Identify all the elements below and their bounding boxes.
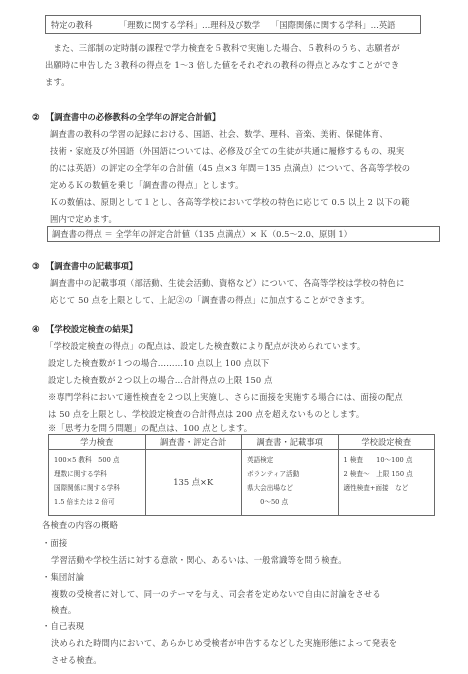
formula-box: 調査書の得点 ＝ 全学年の評定合計値（135 点満点）× Ｋ（0.5～2.0、原…	[47, 226, 440, 242]
section-4-line: 設定した検査数が１つの場合………10 点以上 100 点以下	[48, 359, 269, 367]
specific-subjects-label: 特定の教科	[51, 21, 93, 29]
table-header-row: 学力検査 調査書・評定合計 調査書・記載事項 学校設定検査	[49, 435, 435, 450]
score-allocation-table: 学力検査 調査書・評定合計 調査書・記載事項 学校設定検査 100×5 教科 5…	[48, 434, 435, 516]
formula-text: 調査書の得点 ＝ 全学年の評定合計値（135 点満点）× Ｋ（0.5～2.0、原…	[52, 230, 352, 238]
section-3-line: 応じて 50 点を上限として、上記②の「調査書の得点」に加点することができます。	[50, 296, 370, 304]
cell-line: 1 検査 10～100 点	[344, 453, 435, 467]
section-4-line: 「学校設定検査の得点」の配点は、設定した検査数により配点が決められています。	[45, 342, 365, 350]
header-report-grades: 調査書・評定合計	[145, 435, 242, 450]
section-4-line: 設定した検査数が２つ以上の場合…合計得点の上限 150 点	[48, 376, 273, 384]
cell-line: 1.5 倍または 2 倍可	[54, 495, 145, 509]
section-2-line: 技術・家庭及び外国語（外国語については、必修及び全ての生徒が共通に履修するもの、…	[50, 147, 404, 155]
overview-item-name: ・面接	[42, 539, 67, 547]
cell-line: 適性検査+面接 など	[344, 481, 435, 495]
specific-subjects-international: 「国際関係に関する学科」…英語	[271, 21, 395, 29]
section-2-line: Ｋの数値は、原則として１とし、各高等学校において学校の特色に応じて 0.5 以上…	[50, 198, 410, 206]
table-row: 100×5 教科 500 点 理数に関する学科 国際関係に関する学科 1.5 倍…	[49, 450, 435, 516]
section-2-line: 定めるＫの数値を乗じ「調査書の得点」とします。	[50, 181, 244, 189]
section-4-line: は 50 点を上限とし、学校設定検査の合計得点は 200 点を超えないものとしま…	[48, 410, 364, 418]
cell-line: 県大会出場など	[247, 481, 338, 495]
overview-item-desc: 学習活動や学校生活に対する意欲・関心、あるいは、一般常識等を問う検査。	[51, 556, 347, 564]
overview-item-name: ・集団討論	[42, 573, 84, 581]
intro-line: また、三部制の定時制の課程で学力検査を５教科で実施した場合、５教科のうち、志願者…	[45, 44, 400, 52]
section-3-line: 調査書中の記載事項（部活動、生徒会活動、資格など）について、各高等学校は学校の特…	[50, 279, 404, 287]
section-3-heading: 【調査書中の記載事項】	[46, 262, 137, 270]
section-2-line: 的には英語）の評定の全学年の合計値（45 点×3 年間＝135 点満点）について…	[50, 164, 410, 172]
intro-line: 出願時に申告した３教科の得点を 1～3 倍した値をそれぞれの教科の得点とみなすこ…	[45, 61, 399, 69]
overview-title: 各検査の内容の概略	[42, 521, 118, 529]
section-2-line: 調査書の教科の学習の記録における、国語、社会、数学、理科、音楽、美術、保健体育、	[50, 130, 388, 138]
cell-line: ボランティア活動	[247, 467, 338, 481]
section-2-heading: 【調査書中の必修教科の全学年の評定合計値】	[46, 113, 220, 121]
cell-line: 100×5 教科 500 点	[54, 453, 145, 467]
overview-item-desc: 複数の受検者に対して、同一のテーマを与え、司会者を定めないで自由に討論をさせる	[51, 590, 381, 598]
header-report-records: 調査書・記載事項	[242, 435, 339, 450]
specific-subjects-science: 「理数に関する学科」…理科及び数学	[119, 21, 260, 29]
section-4-line: ※「思考力を問う問題」の配点は、100 点とします。	[48, 424, 252, 432]
cell-academic-test: 100×5 教科 500 点 理数に関する学科 国際関係に関する学科 1.5 倍…	[49, 450, 146, 516]
section-2-number: ②	[32, 113, 39, 121]
cell-line: 2 検査～ 上限 150 点	[344, 467, 435, 481]
header-academic-test: 学力検査	[49, 435, 146, 450]
cell-report-grades: 135 点×K	[145, 450, 242, 516]
overview-item-name: ・自己表現	[42, 622, 84, 630]
section-4-number: ④	[32, 325, 39, 333]
header-school-test: 学校設定検査	[338, 435, 435, 450]
overview-item-desc: 検査。	[51, 606, 76, 614]
overview-item-desc: 決められた時間内において、あらかじめ受検者が申告するなどした実施形態によって発表…	[51, 639, 397, 647]
section-4-heading: 【学校設定検査の結果】	[46, 325, 137, 333]
specific-subjects-box: 特定の教科 「理数に関する学科」…理科及び数学 「国際関係に関する学科」…英語	[45, 15, 421, 34]
overview-item-desc: させる検査。	[51, 656, 102, 664]
cell-line: 国際関係に関する学科	[54, 481, 145, 495]
section-3-number: ③	[32, 262, 39, 270]
cell-line: 0～50 点	[247, 495, 338, 509]
cell-school-test: 1 検査 10～100 点 2 検査～ 上限 150 点 適性検査+面接 など	[338, 450, 435, 516]
intro-line: ます。	[45, 78, 70, 86]
section-4-line: ※専門学科において適性検査を２つ以上実施し、さらに面接を実施する場合には、面接の…	[48, 393, 403, 401]
cell-line: 英語検定	[247, 453, 338, 467]
cell-report-records: 英語検定 ボランティア活動 県大会出場など 0～50 点	[242, 450, 339, 516]
cell-line: 理数に関する学科	[54, 467, 145, 481]
section-2-line: 囲内で定めます。	[50, 215, 117, 223]
